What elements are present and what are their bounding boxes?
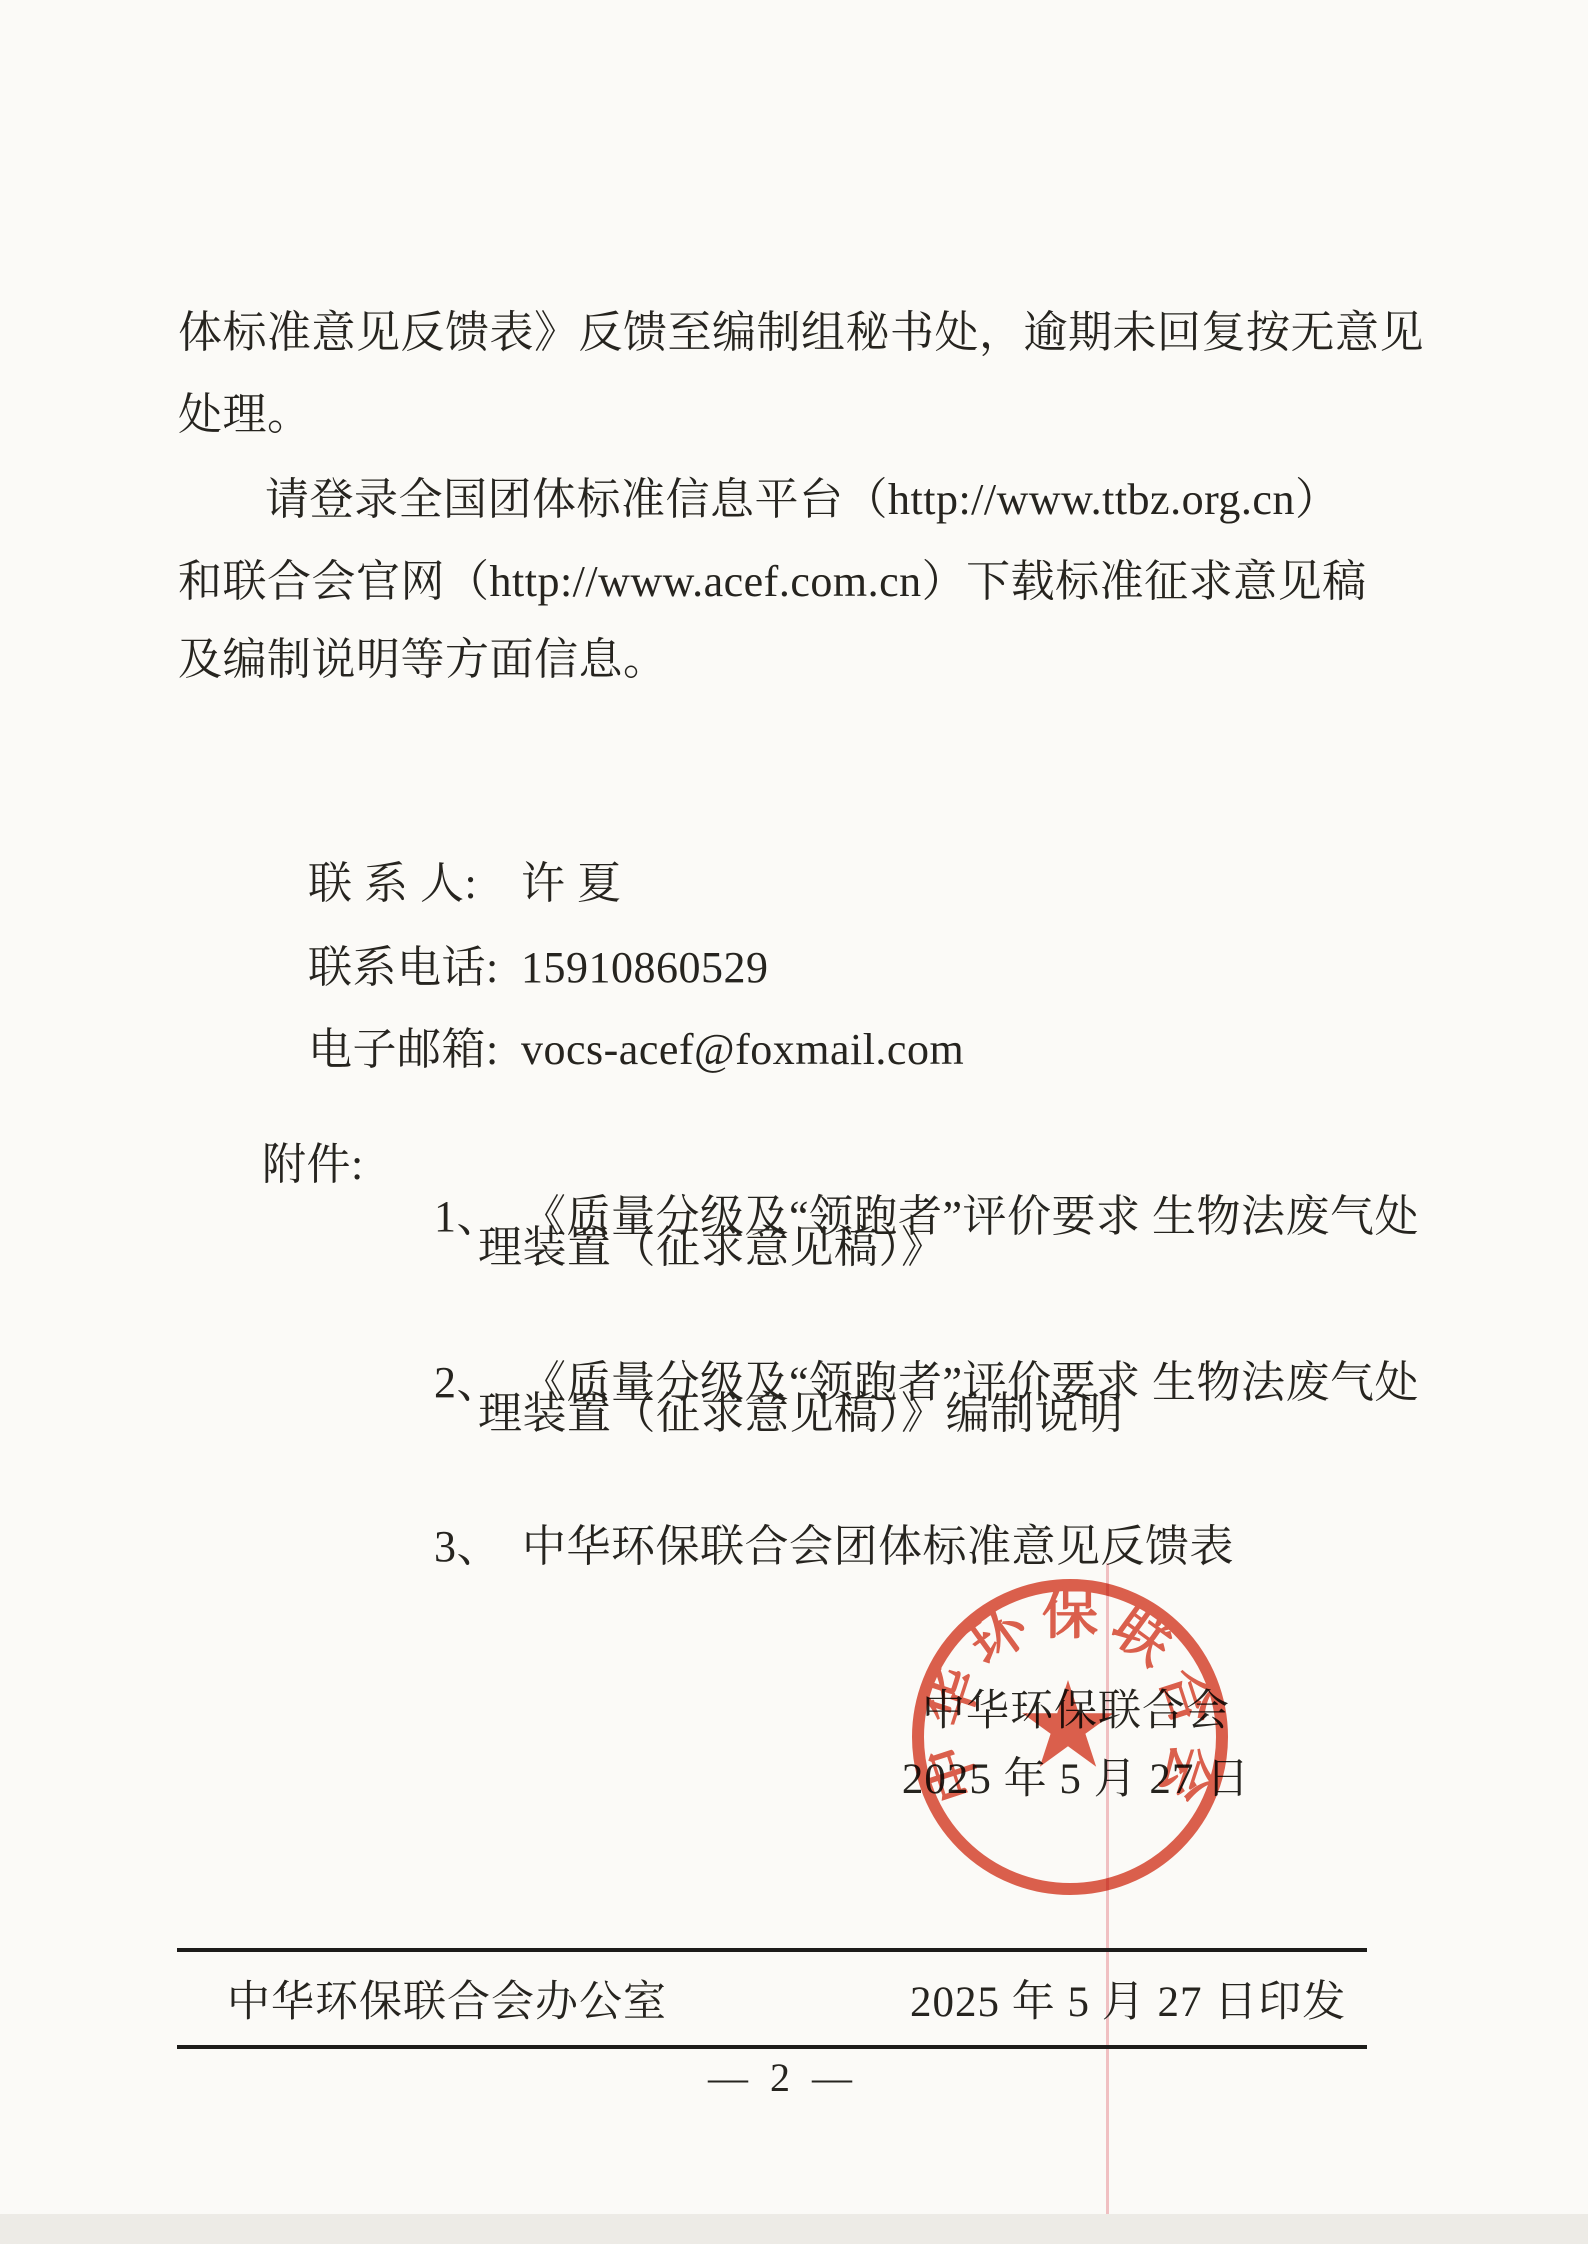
seal-char: 保 [1042,1584,1098,1646]
body-line: 及编制说明等方面信息。 [178,634,668,686]
attachment-item-3-number: 3、 [434,1521,522,1573]
footer-rule-top [177,1948,1367,1952]
attachments-label: 附件: [262,1139,364,1191]
attachment-item-3-text: 中华环保联合会团体标准意见反馈表 [522,1522,1234,1571]
official-seal-stamp: 中 华 环 保 联 合 会 [903,1570,1237,1904]
body-line: 和联合会官网（http://www.acef.com.cn）下载标准征求意见稿 [178,556,1367,608]
scanned-document-page: 体标准意见反馈表》反馈至编制组秘书处，逾期未回复按无意见 处理。 请登录全国团体… [0,0,1588,2244]
contact-email-row: 电子邮箱:vocs-acef@foxmail.com [262,972,964,1128]
page-number-row: — 2 — [178,2054,1388,2101]
seal-char: 联 [1101,1595,1183,1678]
footer-rule-bottom [177,2045,1367,2049]
contact-email-label: 电子邮箱: [308,1024,521,1076]
body-line: 处理。 [178,389,312,441]
footer-office: 中华环保联合会办公室 [227,1977,667,2029]
contact-email-value: vocs-acef@foxmail.com [521,1025,964,1074]
body-line: 请登录全国团体标准信息平台（http://www.ttbz.org.cn） [265,474,1339,526]
scan-artifact-line [1106,1563,1109,2244]
seal-star-icon [1022,1680,1113,1767]
page-number: — 2 — [708,2055,858,2100]
scan-bottom-edge [0,2214,1588,2244]
footer-print-date: 2025 年 5 月 27 日印发 [910,1977,1346,2029]
attachment-item-2-line-2: 理装置（征求意见稿）》编制说明 [478,1388,1124,1440]
body-line: 体标准意见反馈表》反馈至编制组秘书处，逾期未回复按无意见 [178,307,1424,359]
seal-char: 环 [957,1594,1040,1678]
attachment-item-1-line-2: 理装置（征求意见稿）》 [478,1222,946,1274]
